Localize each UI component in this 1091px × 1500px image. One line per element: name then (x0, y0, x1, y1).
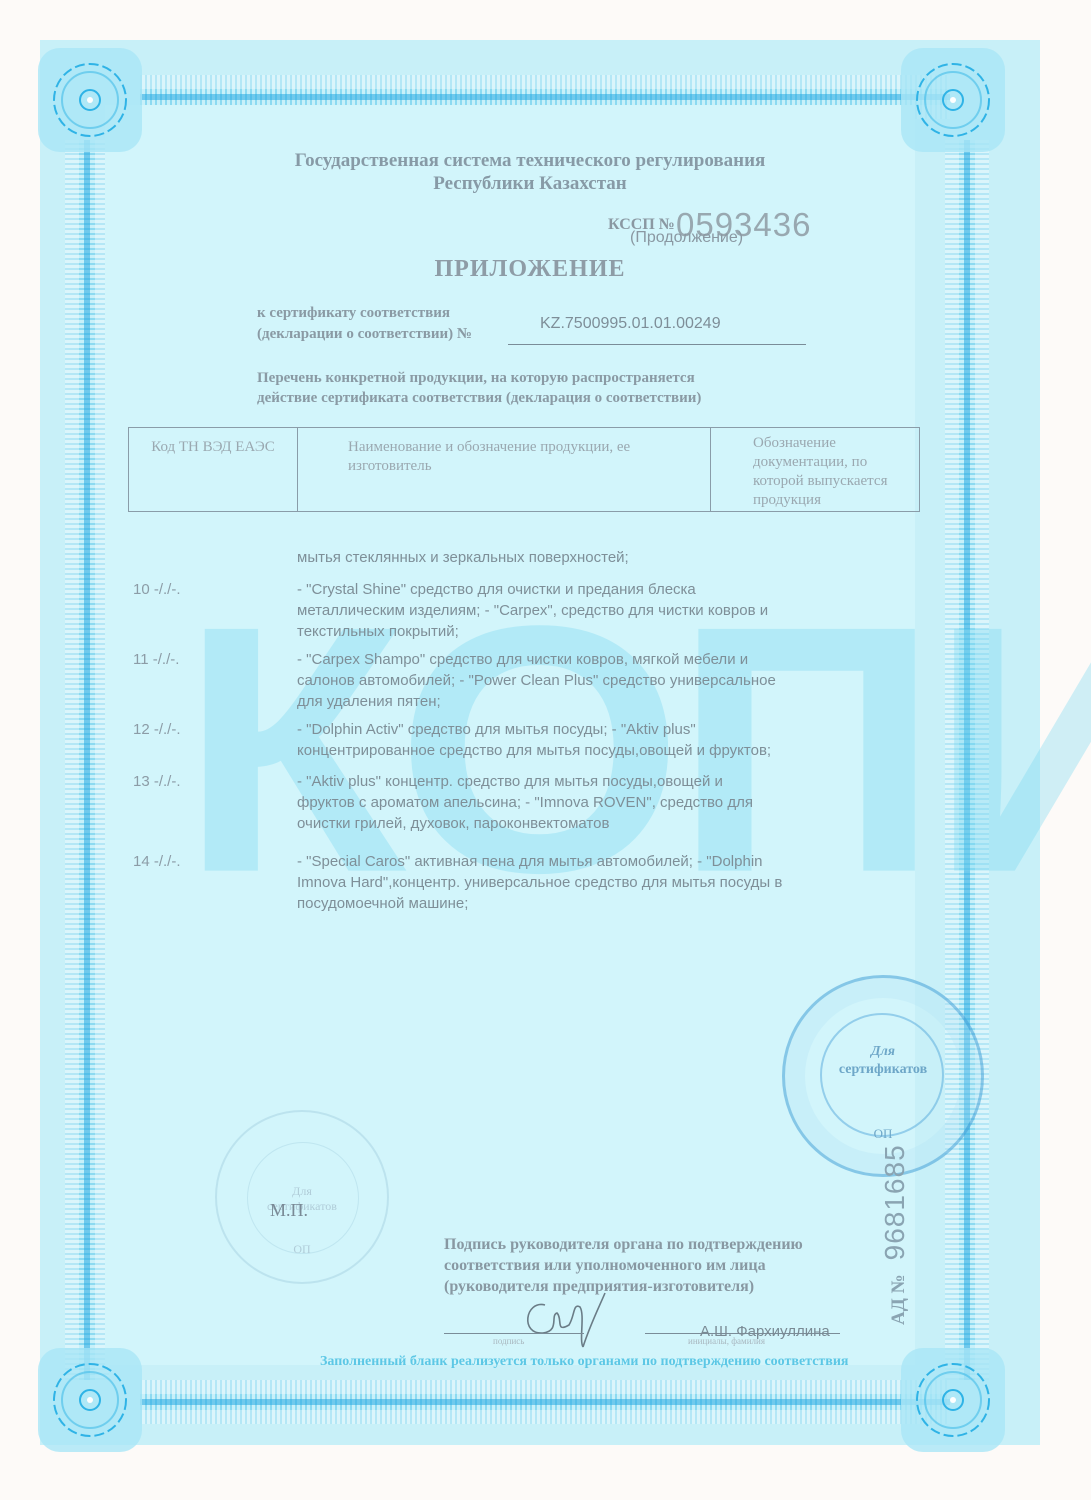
certificate-number-underline (508, 344, 806, 345)
blank-number: 9681685 (879, 1144, 910, 1260)
list-intro-1: Перечень конкретной продукции, на котору… (257, 370, 695, 387)
corner-rosette-icon (893, 1340, 1013, 1460)
signature-hint: подпись (493, 1336, 524, 1346)
continued-item-text: мытья стеклянных и зеркальных поверхност… (297, 548, 629, 568)
item-description-line: посудомоечной машине; (297, 894, 468, 914)
column-header-product: Наименование и обозначение продукции, ее… (298, 428, 711, 512)
header-line-1: Государственная система технического рег… (200, 150, 860, 172)
bottom-border-pattern (140, 1380, 950, 1424)
header-line-2: Республики Казахстан (200, 173, 860, 195)
stamp-text-2: сертификатов (785, 1062, 981, 1078)
certificate-number: KZ.7500995.01.01.00249 (540, 314, 721, 334)
item-number: 13 -/./-. (133, 772, 181, 792)
signature-line (444, 1333, 584, 1334)
stamp-text-1: Для (785, 1044, 981, 1060)
stamp-text-3: ОП (785, 1126, 981, 1142)
column-header-documentation: Обозначение документации, по которой вып… (711, 428, 920, 512)
faint-stamp-text-3: ОП (217, 1242, 387, 1257)
footer-note: Заполненный бланк реализуется только орг… (320, 1354, 849, 1370)
products-table-header: Код ТН ВЭД ЕАЭС Наименование и обозначен… (128, 427, 920, 512)
continuation-label: (Продолжение) (630, 228, 743, 248)
blank-number-label: АД № (888, 1274, 909, 1325)
signature-caption-1: Подпись руководителя органа по подтвержд… (444, 1236, 803, 1254)
signature-icon (505, 1285, 615, 1365)
item-description-line: - "Aktiv plus" концентр. средство для мы… (297, 772, 723, 792)
signer-name: А.Ш. Фархиуллина (700, 1322, 830, 1342)
seal-label: М.П. (270, 1200, 308, 1221)
corner-rosette-icon (893, 40, 1013, 160)
item-description-line: - "Carpex Shampo" средство для чистки ко… (297, 650, 748, 670)
item-number: 14 -/./-. (133, 852, 181, 872)
faint-stamp-text-1: Для (217, 1184, 387, 1199)
item-description-line: концентрированное средство для мытья пос… (297, 741, 771, 761)
corner-rosette-icon (30, 1340, 150, 1460)
item-description-line: фруктов с ароматом апельсина; - "Imnova … (297, 793, 753, 813)
left-border-pattern (65, 140, 109, 1380)
list-intro-2: действие сертификата соответствия (декла… (257, 390, 701, 407)
item-description-line: - "Special Caros" активная пена для мыть… (297, 852, 763, 872)
corner-rosette-icon (30, 40, 150, 160)
page-title: ПРИЛОЖЕНИЕ (380, 256, 680, 283)
certificate-label-1: к сертификату соответствия (257, 305, 450, 322)
certificate-label-2: (декларации о соответствии) № (257, 326, 472, 343)
signature-caption-2: соответствия или уполномоченного им лица (444, 1257, 766, 1275)
item-description-line: Imnova Hard",концентр. универсальное сре… (297, 873, 782, 893)
item-description-line: для удаления пятен; (297, 692, 441, 712)
column-header-code: Код ТН ВЭД ЕАЭС (129, 428, 298, 512)
item-number: 11 -/./-. (133, 650, 179, 670)
item-description-line: очистки грилей, духовок, пароконвектомат… (297, 814, 609, 834)
blank-number-block: АД № 9681685 (885, 1144, 910, 1325)
item-description-line: - "Crystal Shine" средство для очистки и… (297, 580, 696, 600)
item-description-line: металлическим изделиям; - "Carpex", сред… (297, 601, 768, 621)
faint-stamp: Для сертификатов ОП (215, 1110, 389, 1284)
item-description-line: салонов автомобилей; - "Power Clean Plus… (297, 671, 776, 691)
item-description-line: текстильных покрытий; (297, 622, 459, 642)
item-number: 12 -/./-. (133, 720, 181, 740)
item-description-line: - "Dolphin Activ" средство для мытья пос… (297, 720, 696, 740)
item-number: 10 -/./-. (133, 580, 181, 600)
